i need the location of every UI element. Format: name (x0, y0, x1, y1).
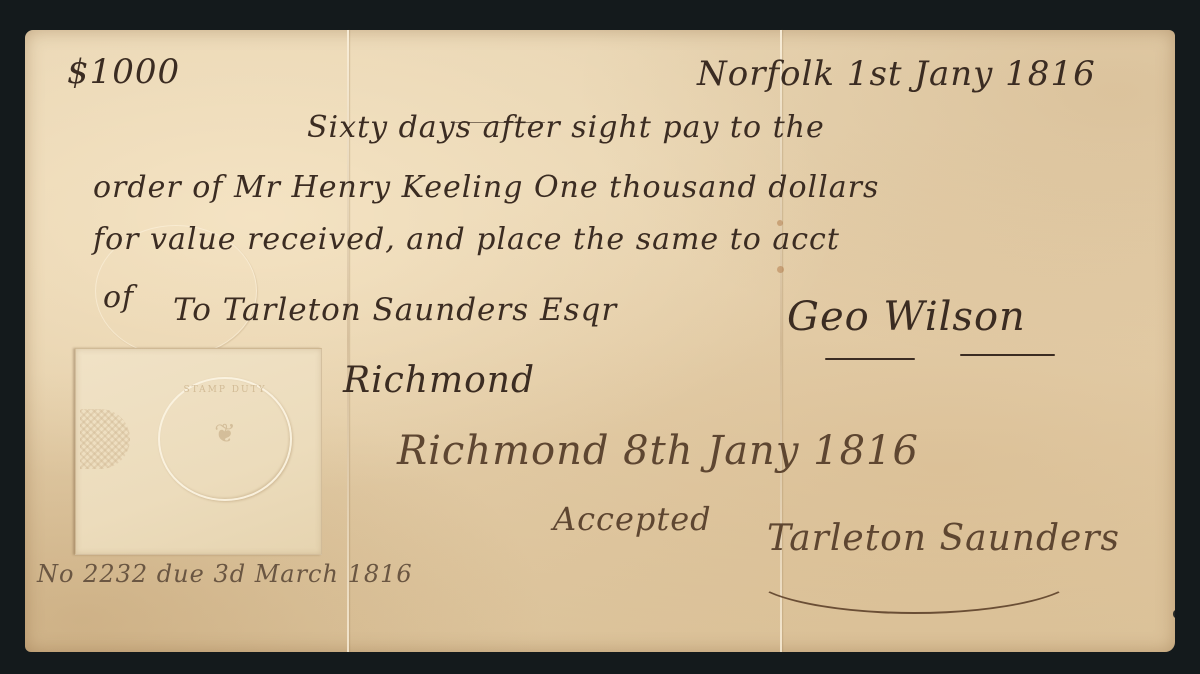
signature-flourish (747, 530, 1081, 614)
stamp-hatch-pattern (80, 409, 130, 469)
acceptance-label: Accepted (553, 500, 712, 538)
signature-underline-right (960, 354, 1055, 356)
drawer-signature: Geo Wilson (787, 294, 1026, 340)
addressee-city: Richmond (343, 360, 535, 401)
signature-underline-left (825, 358, 915, 360)
embossed-seal: STAMP DUTY ❦ (158, 377, 292, 501)
foxing-stain (777, 266, 784, 273)
body-line-3: for value received, and place the same t… (93, 222, 840, 257)
place-date: Norfolk 1st Jany 1816 (697, 54, 1096, 94)
body-line-1: Sixty days after sight pay to the (307, 110, 825, 145)
body-line-4: of (103, 280, 134, 315)
seal-emblem-icon: ❦ (160, 419, 290, 449)
t-cross-stroke (455, 122, 545, 123)
seal-text: STAMP DUTY (160, 385, 290, 395)
footer-note: No 2232 due 3d March 1816 (37, 560, 413, 588)
addressee: To Tarleton Saunders Esqr (173, 292, 617, 328)
acceptance-place-date: Richmond 8th Jany 1816 (397, 428, 919, 474)
edge-chip (1173, 610, 1179, 618)
scan-frame: STAMP DUTY ❦ $1000 Norfolk 1st Jany 1816… (0, 0, 1200, 674)
bill-of-exchange-paper: STAMP DUTY ❦ $1000 Norfolk 1st Jany 1816… (25, 30, 1175, 652)
revenue-stamp: STAMP DUTY ❦ (75, 348, 322, 555)
amount: $1000 (67, 52, 180, 92)
body-line-2: order of Mr Henry Keeling One thousand d… (93, 170, 879, 205)
